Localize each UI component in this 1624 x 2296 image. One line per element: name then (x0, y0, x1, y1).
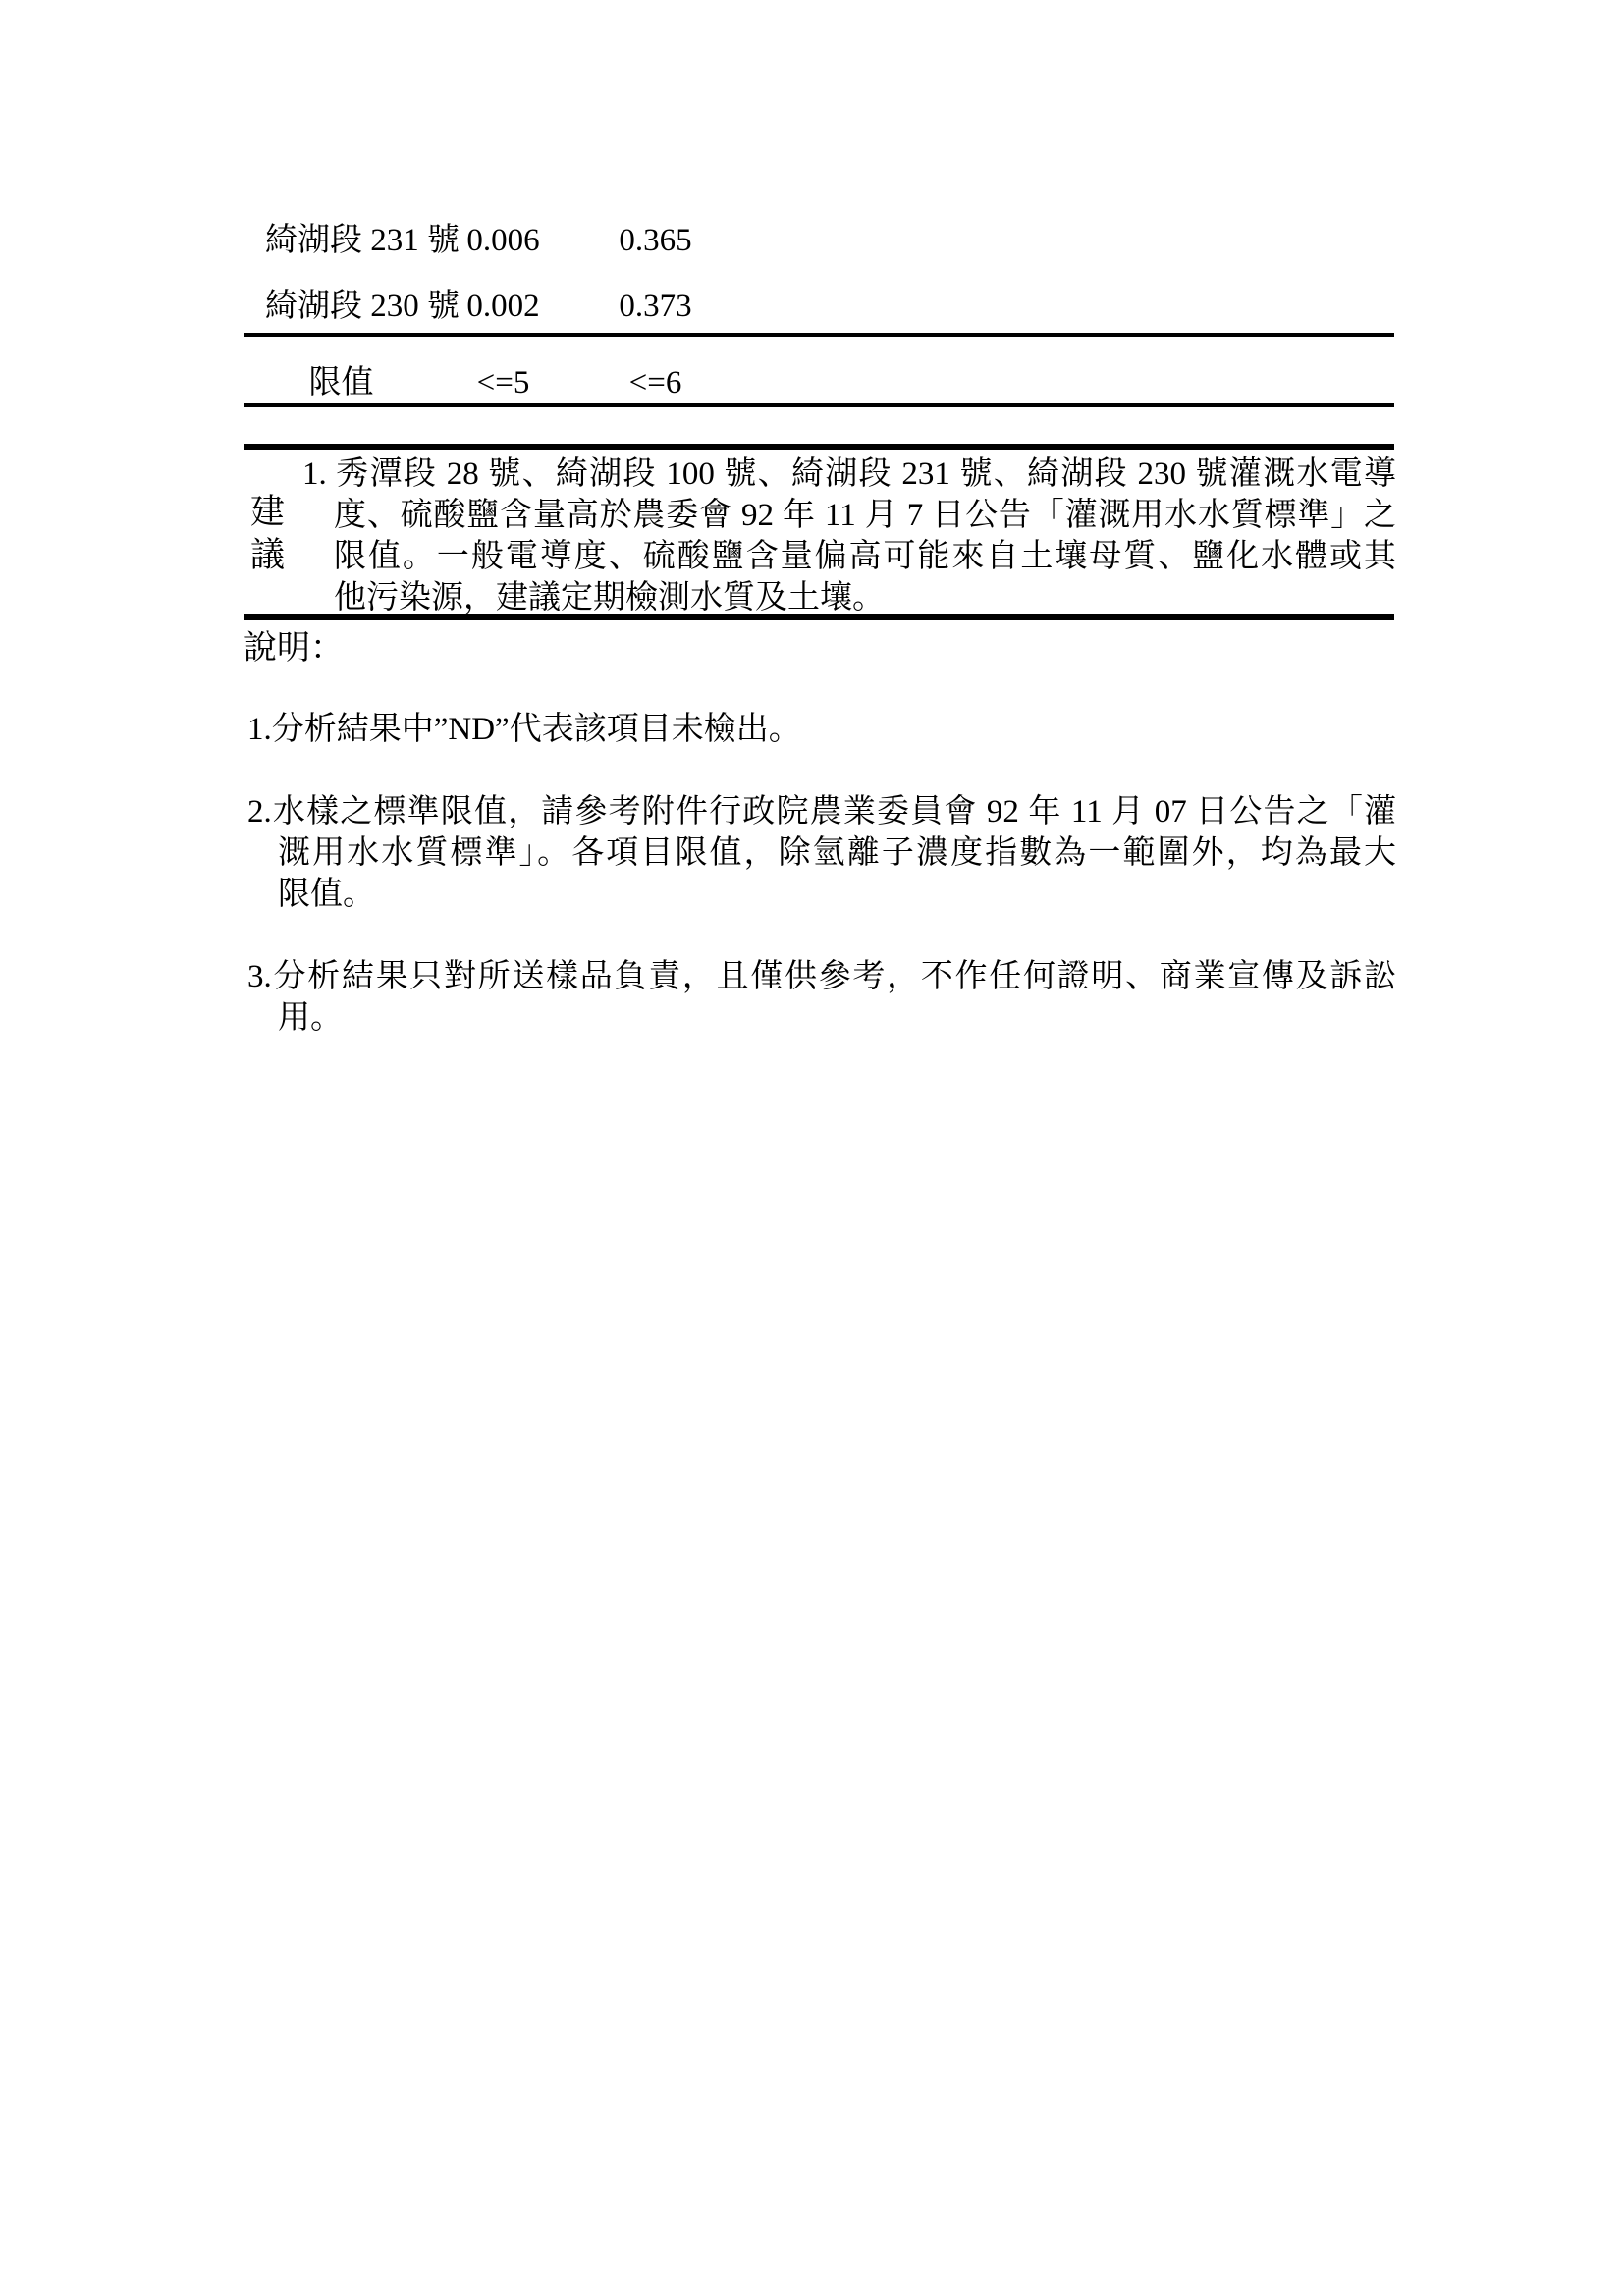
note-line: 3.分析結果只對所送樣品負責，且僅供參考，不作任何證明、商業宣傳及訴訟 (247, 956, 1396, 997)
value-cell: 0.365 (579, 223, 731, 258)
note-line: 溉用水水質標準」。各項目限值，除氫離子濃度指數為一範圍外，均為最大 (278, 832, 1396, 874)
suggestion-text-line: 他污染源，建議定期檢測水質及土壤。 (334, 577, 1396, 618)
table-rule (244, 403, 1394, 407)
suggestion-label: 建 議 (250, 491, 285, 577)
suggestion-text-line: 限值。一般電導度、硫酸鹽含量偏高可能來自土壤母質、鹽化水體或其 (334, 536, 1396, 577)
section-divider (244, 614, 1394, 620)
limit-value-cell: <=5 (437, 365, 569, 400)
note-line: 用。 (278, 997, 1396, 1039)
value-cell: 0.006 (437, 223, 569, 258)
section-divider (244, 444, 1394, 450)
sample-name-cell: 綺湖段 231 號 (245, 223, 437, 258)
note-item: 2.水樣之標準限值，請參考附件行政院農業委員會 92 年 11 月 07 日公告… (278, 791, 1396, 915)
suggestion-label-char: 建 (250, 491, 285, 534)
note-item: 1.分析結果中”ND”代表該項目未檢出。 (278, 709, 1396, 750)
suggestion-section: 1. 秀潭段 28 號、綺湖段 100 號、綺湖段 231 號、綺湖段 230 … (334, 454, 1396, 618)
note-line: 2.水樣之標準限值，請參考附件行政院農業委員會 92 年 11 月 07 日公告… (247, 791, 1396, 832)
table-row: 綺湖段 231 號 0.006 0.365 (245, 223, 731, 258)
table-rule (244, 333, 1394, 337)
limit-value-cell: <=6 (579, 365, 731, 400)
value-cell: 0.002 (437, 289, 569, 324)
suggestion-text-line: 度、硫酸鹽含量高於農委會 92 年 11 月 7 日公告「灌溉用水水質標準」之 (334, 495, 1396, 536)
explanation-heading: 說明： (244, 628, 344, 669)
note-item: 3.分析結果只對所送樣品負責，且僅供參考，不作任何證明、商業宣傳及訴訟 用。 (278, 956, 1396, 1039)
limit-label-cell: 限值 (245, 365, 437, 400)
table-limit-row: 限值 <=5 <=6 (245, 365, 731, 400)
note-line: 限值。 (278, 874, 1396, 915)
document-page: 綺湖段 231 號 0.006 0.365 綺湖段 230 號 0.002 0.… (0, 0, 1624, 2296)
sample-name-cell: 綺湖段 230 號 (245, 289, 437, 324)
note-line: 1.分析結果中”ND”代表該項目未檢出。 (247, 709, 1396, 750)
suggestion-label-char: 議 (250, 534, 285, 577)
value-cell: 0.373 (579, 289, 731, 324)
table-row: 綺湖段 230 號 0.002 0.373 (245, 289, 731, 324)
suggestion-text-line: 1. 秀潭段 28 號、綺湖段 100 號、綺湖段 231 號、綺湖段 230 … (302, 454, 1396, 495)
